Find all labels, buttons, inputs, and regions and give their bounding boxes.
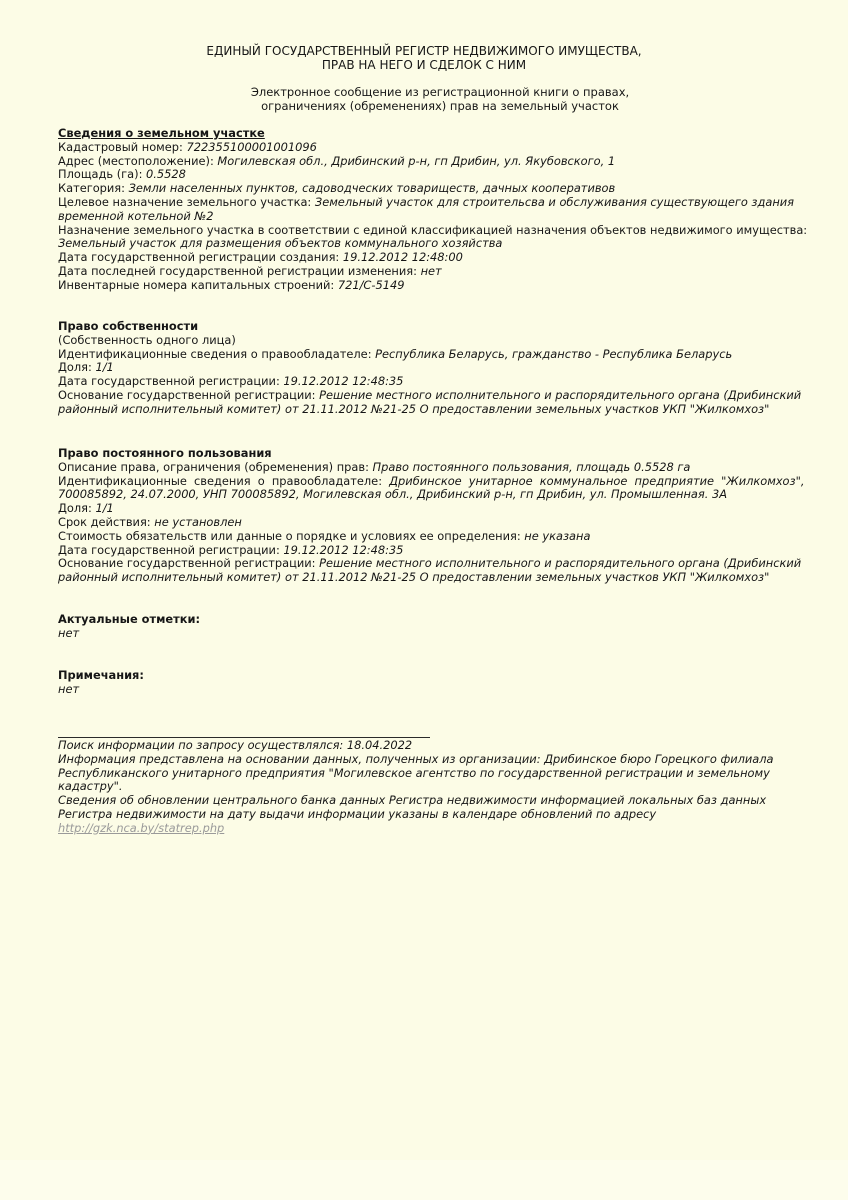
ownership-holder-value: Республика Беларусь, гражданство - Респу…: [375, 347, 732, 361]
ownership-type: (Собственность одного лица): [58, 334, 818, 348]
category-value: Земли населенных пунктов, садоводческих …: [129, 181, 616, 195]
ownership-basis-continued: районный исполнительный комитет) от 21.1…: [58, 403, 818, 417]
permanent-use-title: Право постоянного пользования: [58, 447, 818, 461]
ownership-section: Право собственности (Собственность одног…: [58, 320, 818, 417]
use-share-row: Доля: 1/1: [58, 502, 818, 516]
area-row: Площадь (га): 0.5528: [58, 168, 818, 182]
use-cost-value: не указана: [524, 529, 590, 543]
notes-title: Примечания:: [58, 669, 818, 683]
source-info-line2: Республиканского унитарного предприятия …: [58, 767, 798, 781]
use-holder-continued: 700085892, 24.07.2000, УНП 700085892, Мо…: [58, 488, 818, 502]
use-cost-row: Стоимость обязательств или данные о поря…: [58, 530, 818, 544]
cadastral-number-row: Кадастровый номер: 722355100001001096: [58, 141, 818, 155]
use-basis-continued: районный исполнительный комитет) от 21.1…: [58, 571, 818, 585]
address-value: Могилевская обл., Дрибинский р-н, гп Дри…: [217, 154, 615, 168]
register-title-line1: ЕДИНЫЙ ГОСУДАРСТВЕННЫЙ РЕГИСТР НЕДВИЖИМО…: [0, 44, 848, 58]
use-share-label: Доля:: [58, 501, 95, 515]
document-header: ЕДИНЫЙ ГОСУДАРСТВЕННЫЙ РЕГИСТР НЕДВИЖИМО…: [0, 44, 848, 72]
use-term-label: Срок действия:: [58, 515, 154, 529]
address-row: Адрес (местоположение): Могилевская обл.…: [58, 155, 818, 169]
ownership-share-label: Доля:: [58, 360, 95, 374]
permanent-use-section: Право постоянного пользования Описание п…: [58, 447, 818, 585]
ownership-basis-row: Основание государственной регистрации: Р…: [58, 389, 818, 403]
last-change-value: нет: [421, 264, 442, 278]
created-date-label: Дата государственной регистрации создани…: [58, 250, 343, 264]
use-term-row: Срок действия: не установлен: [58, 516, 818, 530]
document-subtitle: Электронное сообщение из регистрационной…: [0, 86, 848, 113]
category-row: Категория: Земли населенных пунктов, сад…: [58, 182, 818, 196]
purpose-value: Земельный участок для строительсва и обс…: [315, 195, 794, 209]
current-marks-value: нет: [58, 627, 818, 641]
purpose-row: Целевое назначение земельного участка: З…: [58, 196, 818, 210]
use-share-value: 1/1: [95, 501, 113, 515]
use-term-value: не установлен: [154, 515, 242, 529]
update-info-line2: Регистра недвижимости на дату выдачи инф…: [58, 808, 798, 822]
cadastral-value: 722355100001001096: [186, 140, 316, 154]
category-label: Категория:: [58, 181, 129, 195]
search-date-text: Поиск информации по запросу осуществлялс…: [58, 739, 798, 753]
use-holder-label: Идентификационные сведения о правооблада…: [58, 474, 389, 488]
last-change-row: Дата последней государственной регистрац…: [58, 265, 818, 279]
use-reg-date-row: Дата государственной регистрации: 19.12.…: [58, 544, 818, 558]
use-reg-date-value: 19.12.2012 12:48:35: [283, 543, 403, 557]
ownership-share-value: 1/1: [95, 360, 113, 374]
ownership-basis-value: Решение местного исполнительного и распо…: [319, 388, 801, 402]
cadastral-label: Кадастровый номер:: [58, 140, 186, 154]
statrep-link[interactable]: http://gzk.nca.by/statrep.php: [58, 822, 798, 836]
subtitle-line1: Электронное сообщение из регистрационной…: [0, 86, 848, 100]
purpose-label: Целевое назначение земельного участка:: [58, 195, 315, 209]
ownership-reg-date-row: Дата государственной регистрации: 19.12.…: [58, 375, 818, 389]
use-holder-row: Идентификационные сведения о правооблада…: [58, 475, 818, 489]
classification-label: Назначение земельного участка в соответс…: [58, 224, 818, 238]
ownership-basis-label: Основание государственной регистрации:: [58, 388, 319, 402]
ownership-holder-label: Идентификационные сведения о правооблада…: [58, 347, 375, 361]
inventory-value: 721/С-5149: [338, 278, 405, 292]
last-change-label: Дата последней государственной регистрац…: [58, 264, 421, 278]
address-label: Адрес (местоположение):: [58, 154, 217, 168]
created-date-value: 19.12.2012 12:48:00: [343, 250, 463, 264]
use-cost-label: Стоимость обязательств или данные о поря…: [58, 529, 524, 543]
created-date-row: Дата государственной регистрации создани…: [58, 251, 818, 265]
source-info-line1: Информация представлена на основании дан…: [58, 753, 798, 767]
area-value: 0.5528: [146, 167, 186, 181]
use-basis-row: Основание государственной регистрации: Р…: [58, 557, 818, 571]
register-title-line2: ПРАВ НА НЕГО И СДЕЛОК С НИМ: [0, 58, 848, 72]
purpose-value-continued: временной котельной №2: [58, 210, 818, 224]
source-info-line3: кадастру".: [58, 780, 798, 794]
use-description-value: Право постоянного пользования, площадь 0…: [373, 460, 691, 474]
notes-section: Примечания: нет: [58, 669, 818, 697]
use-holder-value: Дрибинское унитарное коммунальное предпр…: [389, 474, 804, 488]
use-reg-date-label: Дата государственной регистрации:: [58, 543, 283, 557]
use-basis-value: Решение местного исполнительного и распо…: [319, 556, 801, 570]
use-description-row: Описание права, ограничения (обременения…: [58, 461, 818, 475]
ownership-holder-row: Идентификационные сведения о правооблада…: [58, 348, 818, 362]
ownership-reg-date-label: Дата государственной регистрации:: [58, 374, 283, 388]
current-marks-title: Актуальные отметки:: [58, 613, 818, 627]
notes-value: нет: [58, 683, 818, 697]
area-label: Площадь (га):: [58, 167, 146, 181]
use-basis-label: Основание государственной регистрации:: [58, 556, 319, 570]
update-info-line1: Сведения об обновлении центрального банк…: [58, 794, 798, 808]
current-marks-section: Актуальные отметки: нет: [58, 613, 818, 641]
document-page: ЕДИНЫЙ ГОСУДАРСТВЕННЫЙ РЕГИСТР НЕДВИЖИМО…: [0, 0, 848, 1160]
classification-value: Земельный участок для размещения объекто…: [58, 237, 818, 251]
ownership-reg-date-value: 19.12.2012 12:48:35: [283, 374, 403, 388]
land-plot-title: Сведения о земельном участке: [58, 127, 818, 141]
inventory-row: Инвентарные номера капитальных строений:…: [58, 279, 818, 293]
use-description-label: Описание права, ограничения (обременения…: [58, 460, 373, 474]
document-footer: Поиск информации по запросу осуществлялс…: [58, 739, 798, 836]
land-plot-section: Сведения о земельном участке Кадастровый…: [58, 127, 818, 293]
inventory-label: Инвентарные номера капитальных строений:: [58, 278, 338, 292]
ownership-share-row: Доля: 1/1: [58, 361, 818, 375]
subtitle-line2: ограничениях (обременениях) прав на земе…: [0, 100, 848, 114]
ownership-title: Право собственности: [58, 320, 818, 334]
